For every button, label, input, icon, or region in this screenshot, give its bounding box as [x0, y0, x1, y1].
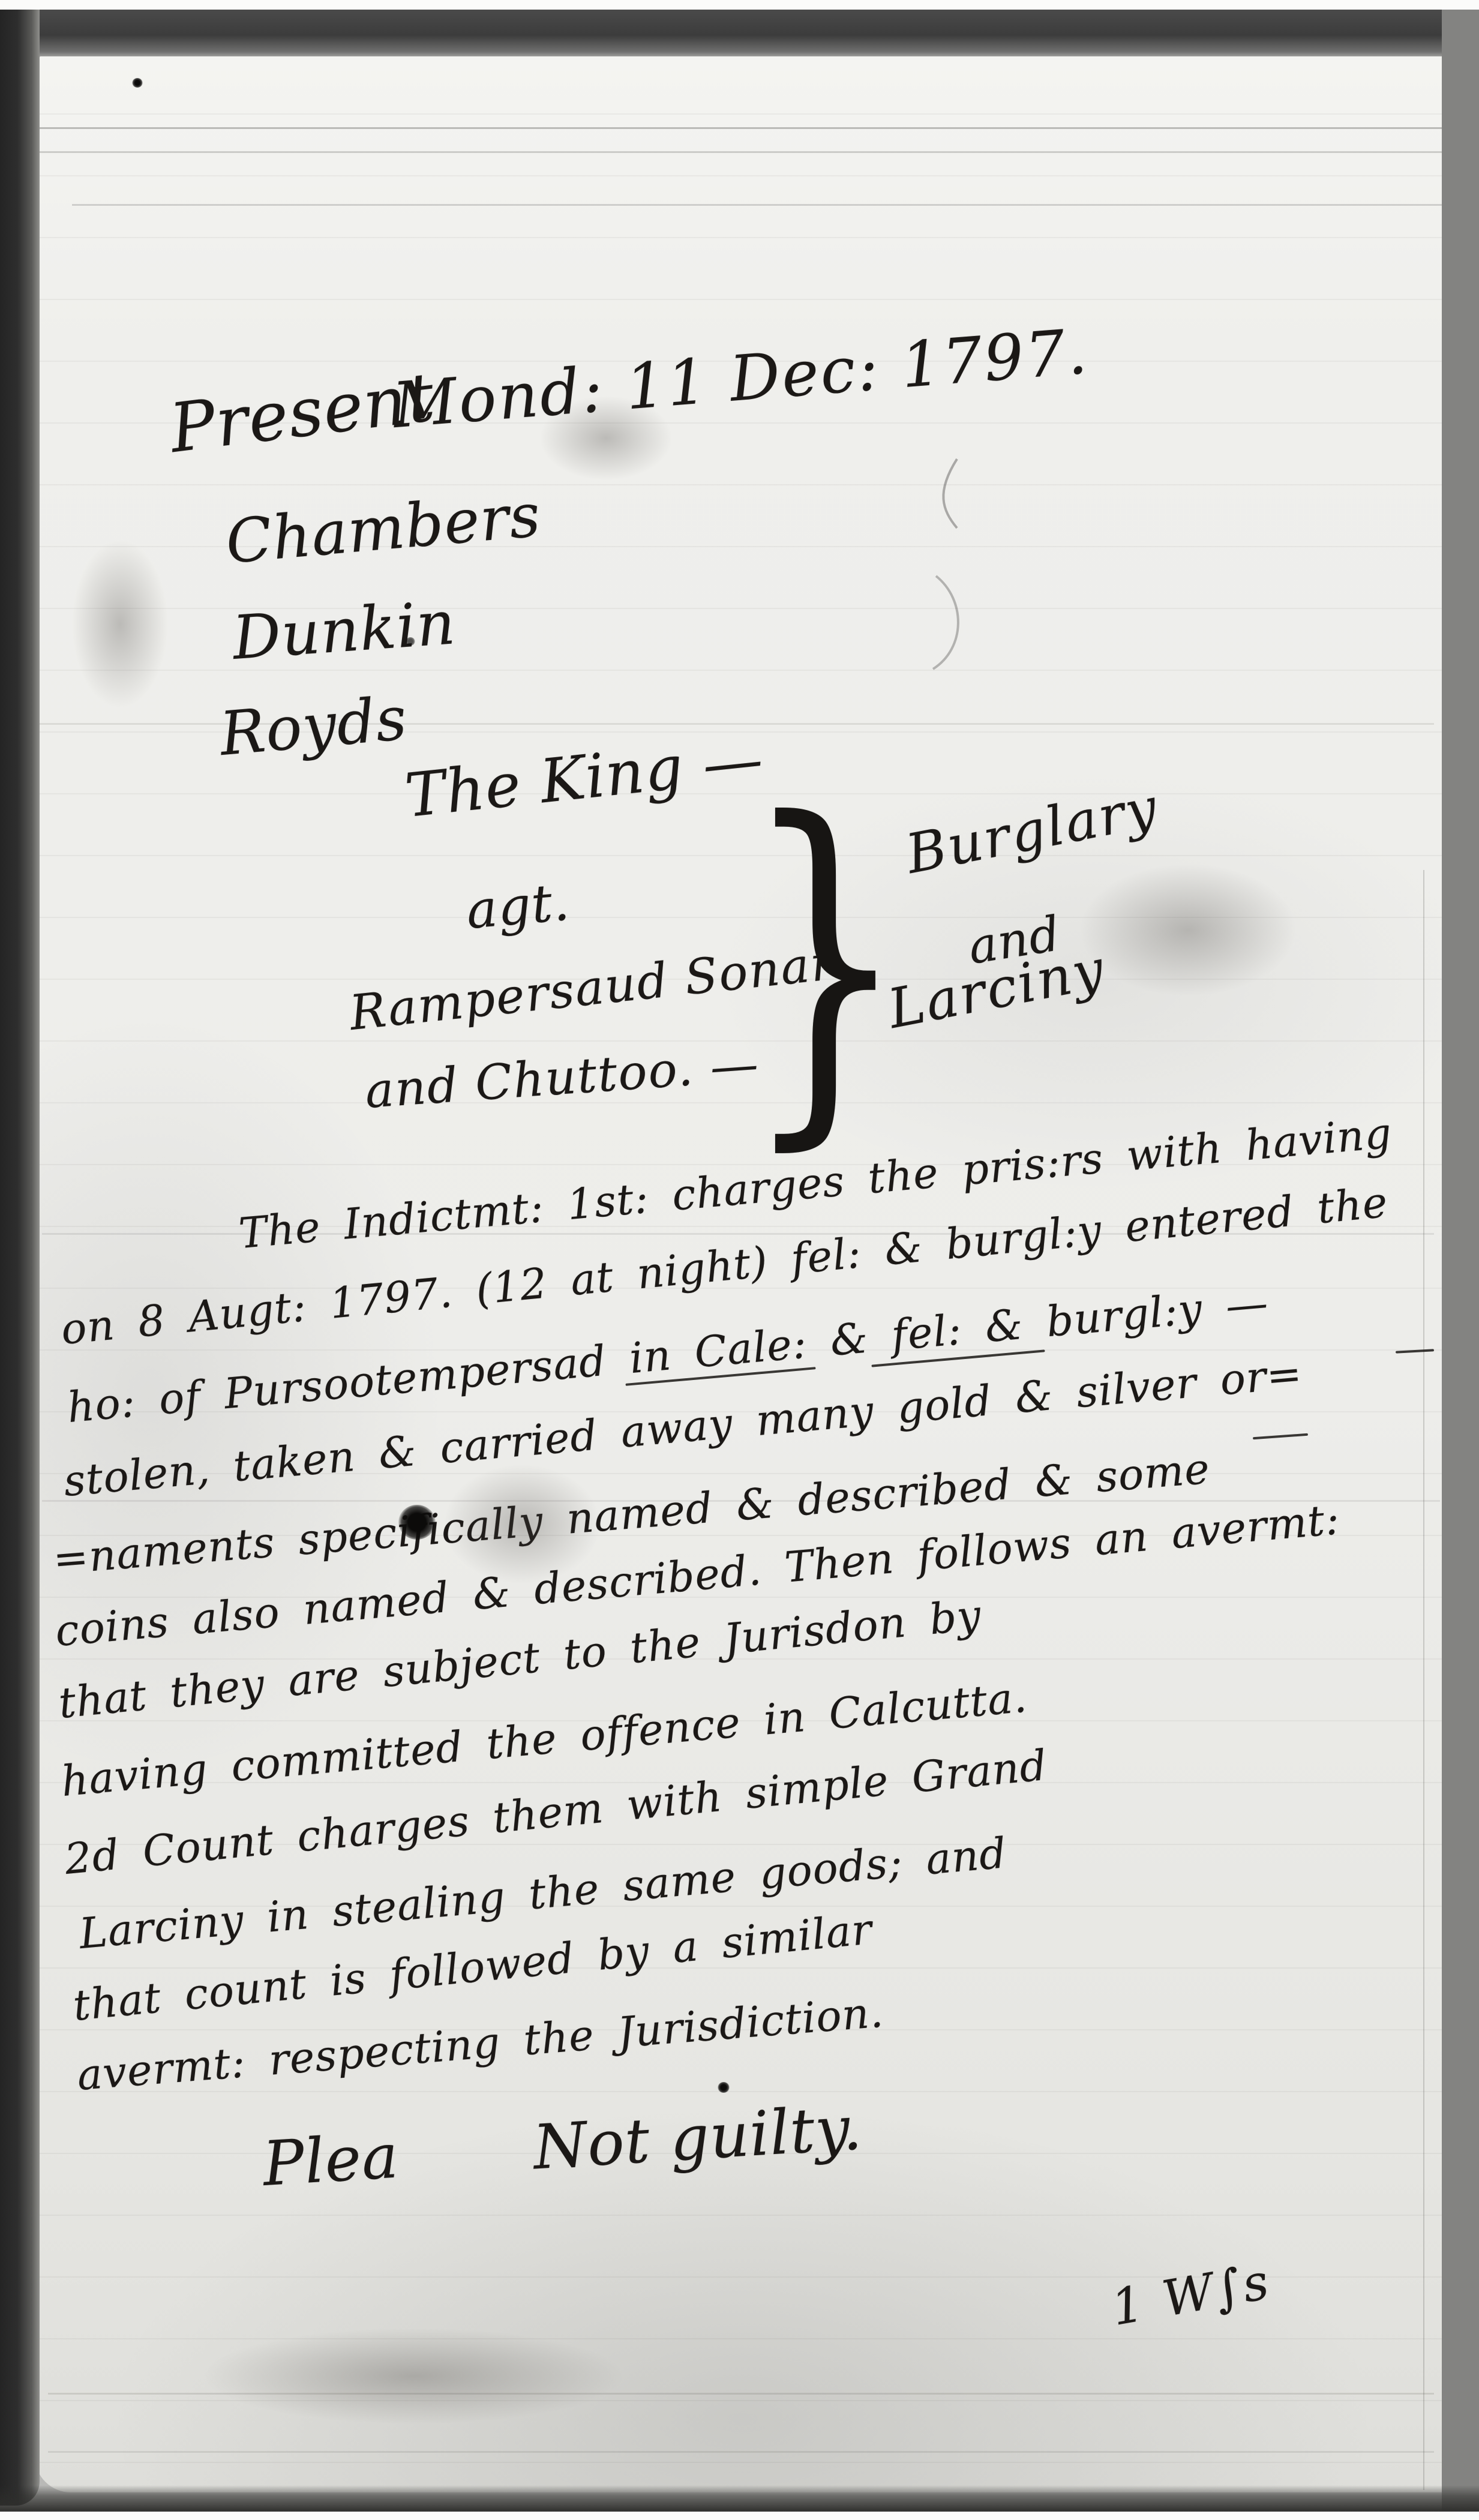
scan-line [36, 127, 1476, 129]
plea-gap [400, 2168, 535, 2177]
book-gutter-shadow [0, 10, 40, 2506]
smudge [540, 396, 672, 480]
ink-speck [718, 2082, 730, 2093]
smudge [204, 2328, 624, 2424]
scan-line [48, 2451, 1434, 2453]
smudge [72, 540, 168, 708]
margin-rule [1423, 870, 1424, 2490]
page-edges-band [1442, 10, 1479, 2520]
smudge [444, 1464, 600, 1584]
smudge [1080, 864, 1296, 996]
case-versus-abbrev: agt. [464, 872, 572, 941]
ink-blot [398, 1505, 436, 1540]
manuscript-scan: Mond: 11 Dec: 1797. Present Chambers Dun… [0, 0, 1479, 2520]
scan-strip-bottom [0, 2512, 1479, 2520]
scan-border-bottom [0, 2485, 1479, 2512]
ink-speck [406, 637, 415, 646]
case-brace: } [743, 763, 908, 1163]
scan-strip-top [0, 0, 1479, 10]
ink-speck [132, 78, 143, 88]
stray-pen-curve [900, 456, 984, 672]
scan-border-top [0, 10, 1479, 56]
plea-label: Plea [261, 2120, 401, 2200]
scan-line [72, 204, 1476, 206]
scan-line [36, 151, 1476, 153]
